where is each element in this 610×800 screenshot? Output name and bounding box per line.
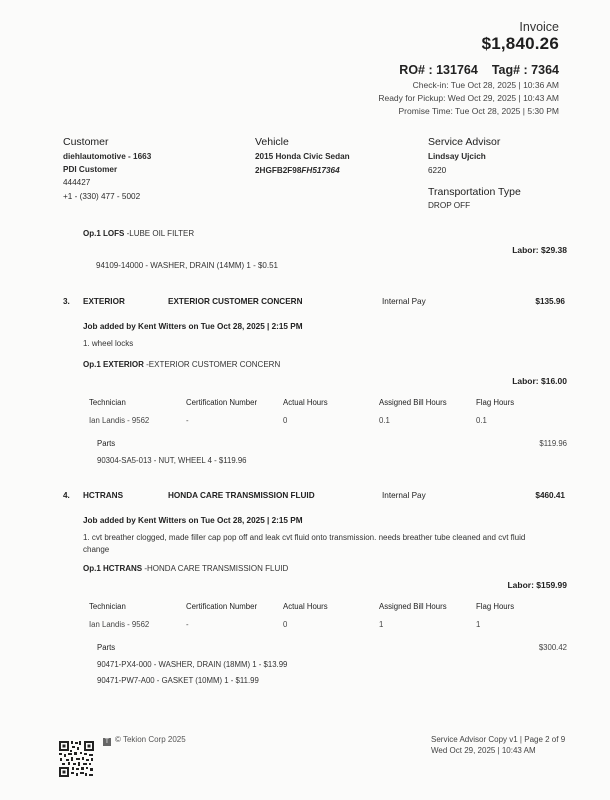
vehicle-description: 2015 Honda Civic Sedan: [255, 151, 350, 164]
op-line: Op.1 HCTRANS -HONDA CARE TRANSMISSION FL…: [83, 564, 288, 573]
job-pay-type: Internal Pay: [382, 491, 426, 500]
td-certification: -: [186, 620, 189, 629]
service-advisor-name: Lindsay Ujcich: [428, 151, 521, 164]
th-assigned-bill-hours: Assigned Bill Hours: [379, 398, 447, 407]
prev-op-code: Op.1 LOFS: [83, 229, 124, 238]
op-code: Op.1 EXTERIOR: [83, 360, 144, 369]
job-description: EXTERIOR CUSTOMER CONCERN: [168, 297, 303, 306]
ro-tag-line: RO# : 131764Tag# : 7364: [399, 63, 559, 77]
tekion-logo-icon: T: [103, 738, 111, 746]
customer-id: 444427: [63, 177, 151, 190]
transportation-label: Transportation Type: [428, 186, 521, 198]
th-assigned-bill-hours: Assigned Bill Hours: [379, 602, 447, 611]
printed-timestamp: Wed Oct 29, 2025 | 10:43 AM: [431, 746, 565, 757]
transportation-value: DROP OFF: [428, 200, 521, 213]
copyright-text: © Tekion Corp 2025: [115, 735, 186, 744]
ro-number: RO# : 131764: [399, 63, 478, 77]
ready-for-pickup-time: Ready for Pickup: Wed Oct 29, 2025 | 10:…: [378, 93, 559, 103]
job-added-by: Job added by Kent Witters on Tue Oct 28,…: [83, 322, 303, 331]
prev-labor: Labor: $29.38: [512, 245, 567, 255]
parts-total: $119.96: [539, 439, 567, 448]
job-code: HCTRANS: [83, 491, 123, 500]
job-number: 4.: [63, 491, 70, 500]
th-certification: Certification Number: [186, 398, 257, 407]
part-line: 90304-SA5-013 - NUT, WHEEL 4 - $119.96: [97, 456, 247, 465]
job-added-by: Job added by Kent Witters on Tue Oct 28,…: [83, 516, 303, 525]
job-concern: 1. cvt breather clogged, made filler cap…: [83, 532, 553, 555]
td-flag-hours: 0.1: [476, 416, 487, 425]
customer-type: PDI Customer: [63, 164, 151, 177]
part-line: 90471-PX4-000 - WASHER, DRAIN (18MM) 1 -…: [97, 660, 287, 669]
footer-page-info: Service Advisor Copy v1 | Page 2 of 9 We…: [431, 735, 565, 756]
th-technician: Technician: [89, 602, 126, 611]
prev-op-desc: -LUBE OIL FILTER: [127, 229, 195, 238]
customer-name: diehlautomotive - 1663: [63, 151, 151, 164]
invoice-total: $1,840.26: [482, 34, 559, 54]
td-actual-hours: 0: [283, 620, 287, 629]
service-advisor-label: Service Advisor: [428, 136, 521, 148]
job-concern: 1. wheel locks: [83, 338, 133, 350]
job-number: 3.: [63, 297, 70, 306]
job-labor: Labor: $16.00: [512, 376, 567, 386]
op-desc: -HONDA CARE TRANSMISSION FLUID: [144, 564, 288, 573]
qr-code-icon: [58, 740, 95, 778]
customer-label: Customer: [63, 136, 151, 148]
td-assigned-bill-hours: 1: [379, 620, 383, 629]
job-code: EXTERIOR: [83, 297, 125, 306]
service-advisor-section: Service Advisor Lindsay Ujcich 6220 Tran…: [428, 136, 521, 213]
parts-label: Parts: [97, 439, 115, 448]
td-flag-hours: 1: [476, 620, 480, 629]
job-labor: Labor: $159.99: [507, 580, 567, 590]
service-advisor-id: 6220: [428, 165, 521, 178]
th-actual-hours: Actual Hours: [283, 602, 328, 611]
op-desc: -EXTERIOR CUSTOMER CONCERN: [146, 360, 280, 369]
parts-total: $300.42: [539, 643, 567, 652]
td-technician: Ian Landis - 9562: [89, 416, 149, 425]
th-technician: Technician: [89, 398, 126, 407]
td-certification: -: [186, 416, 189, 425]
op-line: Op.1 EXTERIOR -EXTERIOR CUSTOMER CONCERN: [83, 360, 280, 369]
job-pay-type: Internal Pay: [382, 297, 426, 306]
th-flag-hours: Flag Hours: [476, 398, 514, 407]
td-actual-hours: 0: [283, 416, 287, 425]
th-actual-hours: Actual Hours: [283, 398, 328, 407]
vin-suffix: FH517364: [301, 166, 339, 175]
prev-op-line: Op.1 LOFS -LUBE OIL FILTER: [83, 229, 194, 238]
th-certification: Certification Number: [186, 602, 257, 611]
prev-part-line: 94109-14000 - WASHER, DRAIN (14MM) 1 - $…: [96, 261, 278, 270]
op-code: Op.1 HCTRANS: [83, 564, 142, 573]
check-in-time: Check-in: Tue Oct 28, 2025 | 10:36 AM: [413, 80, 559, 90]
invoice-title: Invoice: [519, 20, 559, 34]
job-total: $135.96: [535, 297, 565, 306]
part-line: 90471-PW7-A00 - GASKET (10MM) 1 - $11.99: [97, 676, 259, 685]
vehicle-label: Vehicle: [255, 136, 350, 148]
customer-phone: +1 - (330) 477 - 5002: [63, 191, 151, 204]
vehicle-vin: 2HGFB2F98FH517364: [255, 165, 350, 178]
promise-time: Promise Time: Tue Oct 28, 2025 | 5:30 PM: [399, 106, 559, 116]
customer-section: Customer diehlautomotive - 1663 PDI Cust…: [63, 136, 151, 203]
vehicle-section: Vehicle 2015 Honda Civic Sedan 2HGFB2F98…: [255, 136, 350, 177]
footer-copyright: T© Tekion Corp 2025: [103, 735, 186, 746]
job-description: HONDA CARE TRANSMISSION FLUID: [168, 491, 315, 500]
td-assigned-bill-hours: 0.1: [379, 416, 390, 425]
td-technician: Ian Landis - 9562: [89, 620, 149, 629]
vin-prefix: 2HGFB2F98: [255, 166, 301, 175]
parts-label: Parts: [97, 643, 115, 652]
tag-number: Tag# : 7364: [492, 63, 559, 77]
job-total: $460.41: [535, 491, 565, 500]
copy-page-info: Service Advisor Copy v1 | Page 2 of 9: [431, 735, 565, 746]
th-flag-hours: Flag Hours: [476, 602, 514, 611]
